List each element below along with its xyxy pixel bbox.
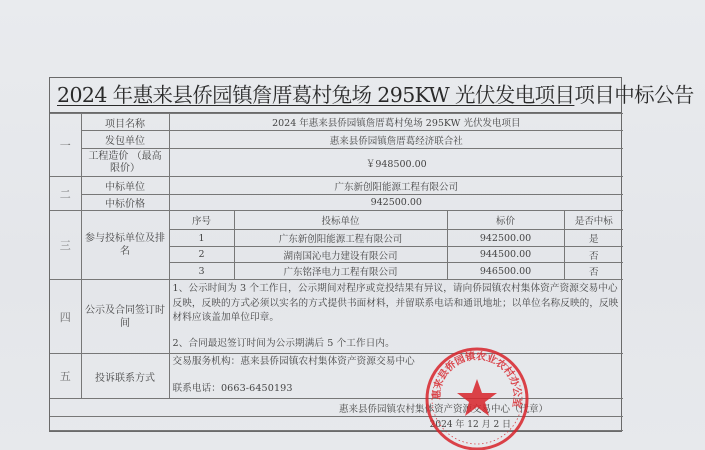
value-winning-price: 942500.00 xyxy=(169,195,623,211)
bidder-price: 942500.00 xyxy=(447,230,564,247)
bidder-price: 944500.00 xyxy=(447,247,564,263)
bidder-rank: 3 xyxy=(169,263,234,280)
row-complaint-contact: 五 投诉联系方式 交易服务机构：惠来县侨园镇农村集体资产资源交易中心 联系电话：… xyxy=(50,354,623,399)
service-agency: 交易服务机构：惠来县侨园镇农村集体资产资源交易中心 xyxy=(173,355,621,370)
label-complaint-contact: 投诉联系方式 xyxy=(81,354,169,399)
issue-date: 2024 年 12 月 2 日 xyxy=(50,417,623,431)
row-contracting-unit: 发包单位 惠来县侨园镇詹厝葛经济联合社 xyxy=(50,131,623,149)
row-winning-price: 中标价格 942500.00 xyxy=(50,195,623,211)
header-price: 标价 xyxy=(447,211,564,230)
section-number-3: 三 xyxy=(50,211,81,280)
bidder-rank: 1 xyxy=(169,230,234,247)
bidder-company: 广东铭泽电力工程有限公司 xyxy=(234,263,447,280)
title-suffix: 项目中标公告 xyxy=(574,83,693,107)
label-winning-unit: 中标单位 xyxy=(81,177,169,195)
value-project-name: 2024 年惠来县侨园镇詹厝葛村兔场 295KW 光伏发电项目 xyxy=(169,114,623,131)
signature: 惠来县侨园镇农村集体资产资源交易中心（代章） xyxy=(50,399,623,417)
value-cost-cap: ￥948500.00 xyxy=(169,149,623,177)
section-number-2: 二 xyxy=(50,177,81,211)
label-cost-cap: 工程造价 （最高限价） xyxy=(81,149,169,177)
bidder-won: 否 xyxy=(564,263,623,280)
label-contracting-unit: 发包单位 xyxy=(81,131,169,149)
bidder-won: 是 xyxy=(564,230,623,247)
value-winning-unit: 广东新创阳能源工程有限公司 xyxy=(169,177,623,195)
row-project-name: 一 项目名称 2024 年惠来县侨园镇詹厝葛村兔场 295KW 光伏发电项目 xyxy=(50,114,623,131)
bidders-header-row: 三 参与投标单位及排名 序号 投标单位 标价 是否中标 xyxy=(50,211,623,230)
award-notice-table: 2024 年惠来县侨园镇詹厝葛村兔场 295KW 光伏发电项目项目中标公告 一 … xyxy=(49,77,622,432)
header-won: 是否中标 xyxy=(564,211,623,230)
bidder-company: 湖南国沁电力建设有限公司 xyxy=(234,247,447,263)
label-winning-price: 中标价格 xyxy=(81,195,169,211)
title-project-name: 2024 年惠来县侨园镇詹厝葛村兔场 295KW 光伏发电项目 xyxy=(57,83,574,107)
header-rank: 序号 xyxy=(169,211,234,230)
publicity-paragraph-1: 1、公示时间为 3 个工作日，公示期间对程序或竞投结果有异议，请向侨园镇农村集体… xyxy=(173,282,621,326)
label-project-name: 项目名称 xyxy=(81,114,169,131)
row-signature: 惠来县侨园镇农村集体资产资源交易中心（代章） xyxy=(50,399,623,417)
bidder-price: 946500.00 xyxy=(447,263,564,280)
row-cost-cap: 工程造价 （最高限价） ￥948500.00 xyxy=(50,149,623,177)
row-date: 2024 年 12 月 2 日 xyxy=(50,417,623,431)
complaint-text: 交易服务机构：惠来县侨园镇农村集体资产资源交易中心 联系电话：0663-6450… xyxy=(169,354,623,399)
value-contracting-unit: 惠来县侨园镇詹厝葛经济联合社 xyxy=(169,131,623,149)
row-winning-unit: 二 中标单位 广东新创阳能源工程有限公司 xyxy=(50,177,623,195)
publicity-text: 1、公示时间为 3 个工作日，公示期间对程序或竞投结果有异议，请向侨园镇农村集体… xyxy=(169,280,623,354)
bidder-won: 否 xyxy=(564,247,623,263)
bidder-rank: 2 xyxy=(169,247,234,263)
publicity-paragraph-2: 2、合同最迟签订时间为公示期满后 5 个工作日内。 xyxy=(173,337,621,352)
scanned-paper: 2024 年惠来县侨园镇詹厝葛村兔场 295KW 光伏发电项目项目中标公告 一 … xyxy=(0,0,705,450)
row-publicity-contract: 四 公示及合同签订时间 1、公示时间为 3 个工作日，公示期间对程序或竞投结果有… xyxy=(50,280,623,354)
label-bidders-ranking: 参与投标单位及排名 xyxy=(81,211,169,280)
page-title: 2024 年惠来县侨园镇詹厝葛村兔场 295KW 光伏发电项目项目中标公告 xyxy=(50,78,621,113)
section-number-5: 五 xyxy=(50,354,81,399)
contact-phone: 联系电话：0663-6450193 xyxy=(173,382,621,397)
section-number-4: 四 xyxy=(50,280,81,354)
bidder-company: 广东新创阳能源工程有限公司 xyxy=(234,230,447,247)
header-bidder: 投标单位 xyxy=(234,211,447,230)
notice-body: 一 项目名称 2024 年惠来县侨园镇詹厝葛村兔场 295KW 光伏发电项目 发… xyxy=(50,113,623,431)
section-number-1: 一 xyxy=(50,114,81,177)
label-publicity-contract: 公示及合同签订时间 xyxy=(81,280,169,354)
